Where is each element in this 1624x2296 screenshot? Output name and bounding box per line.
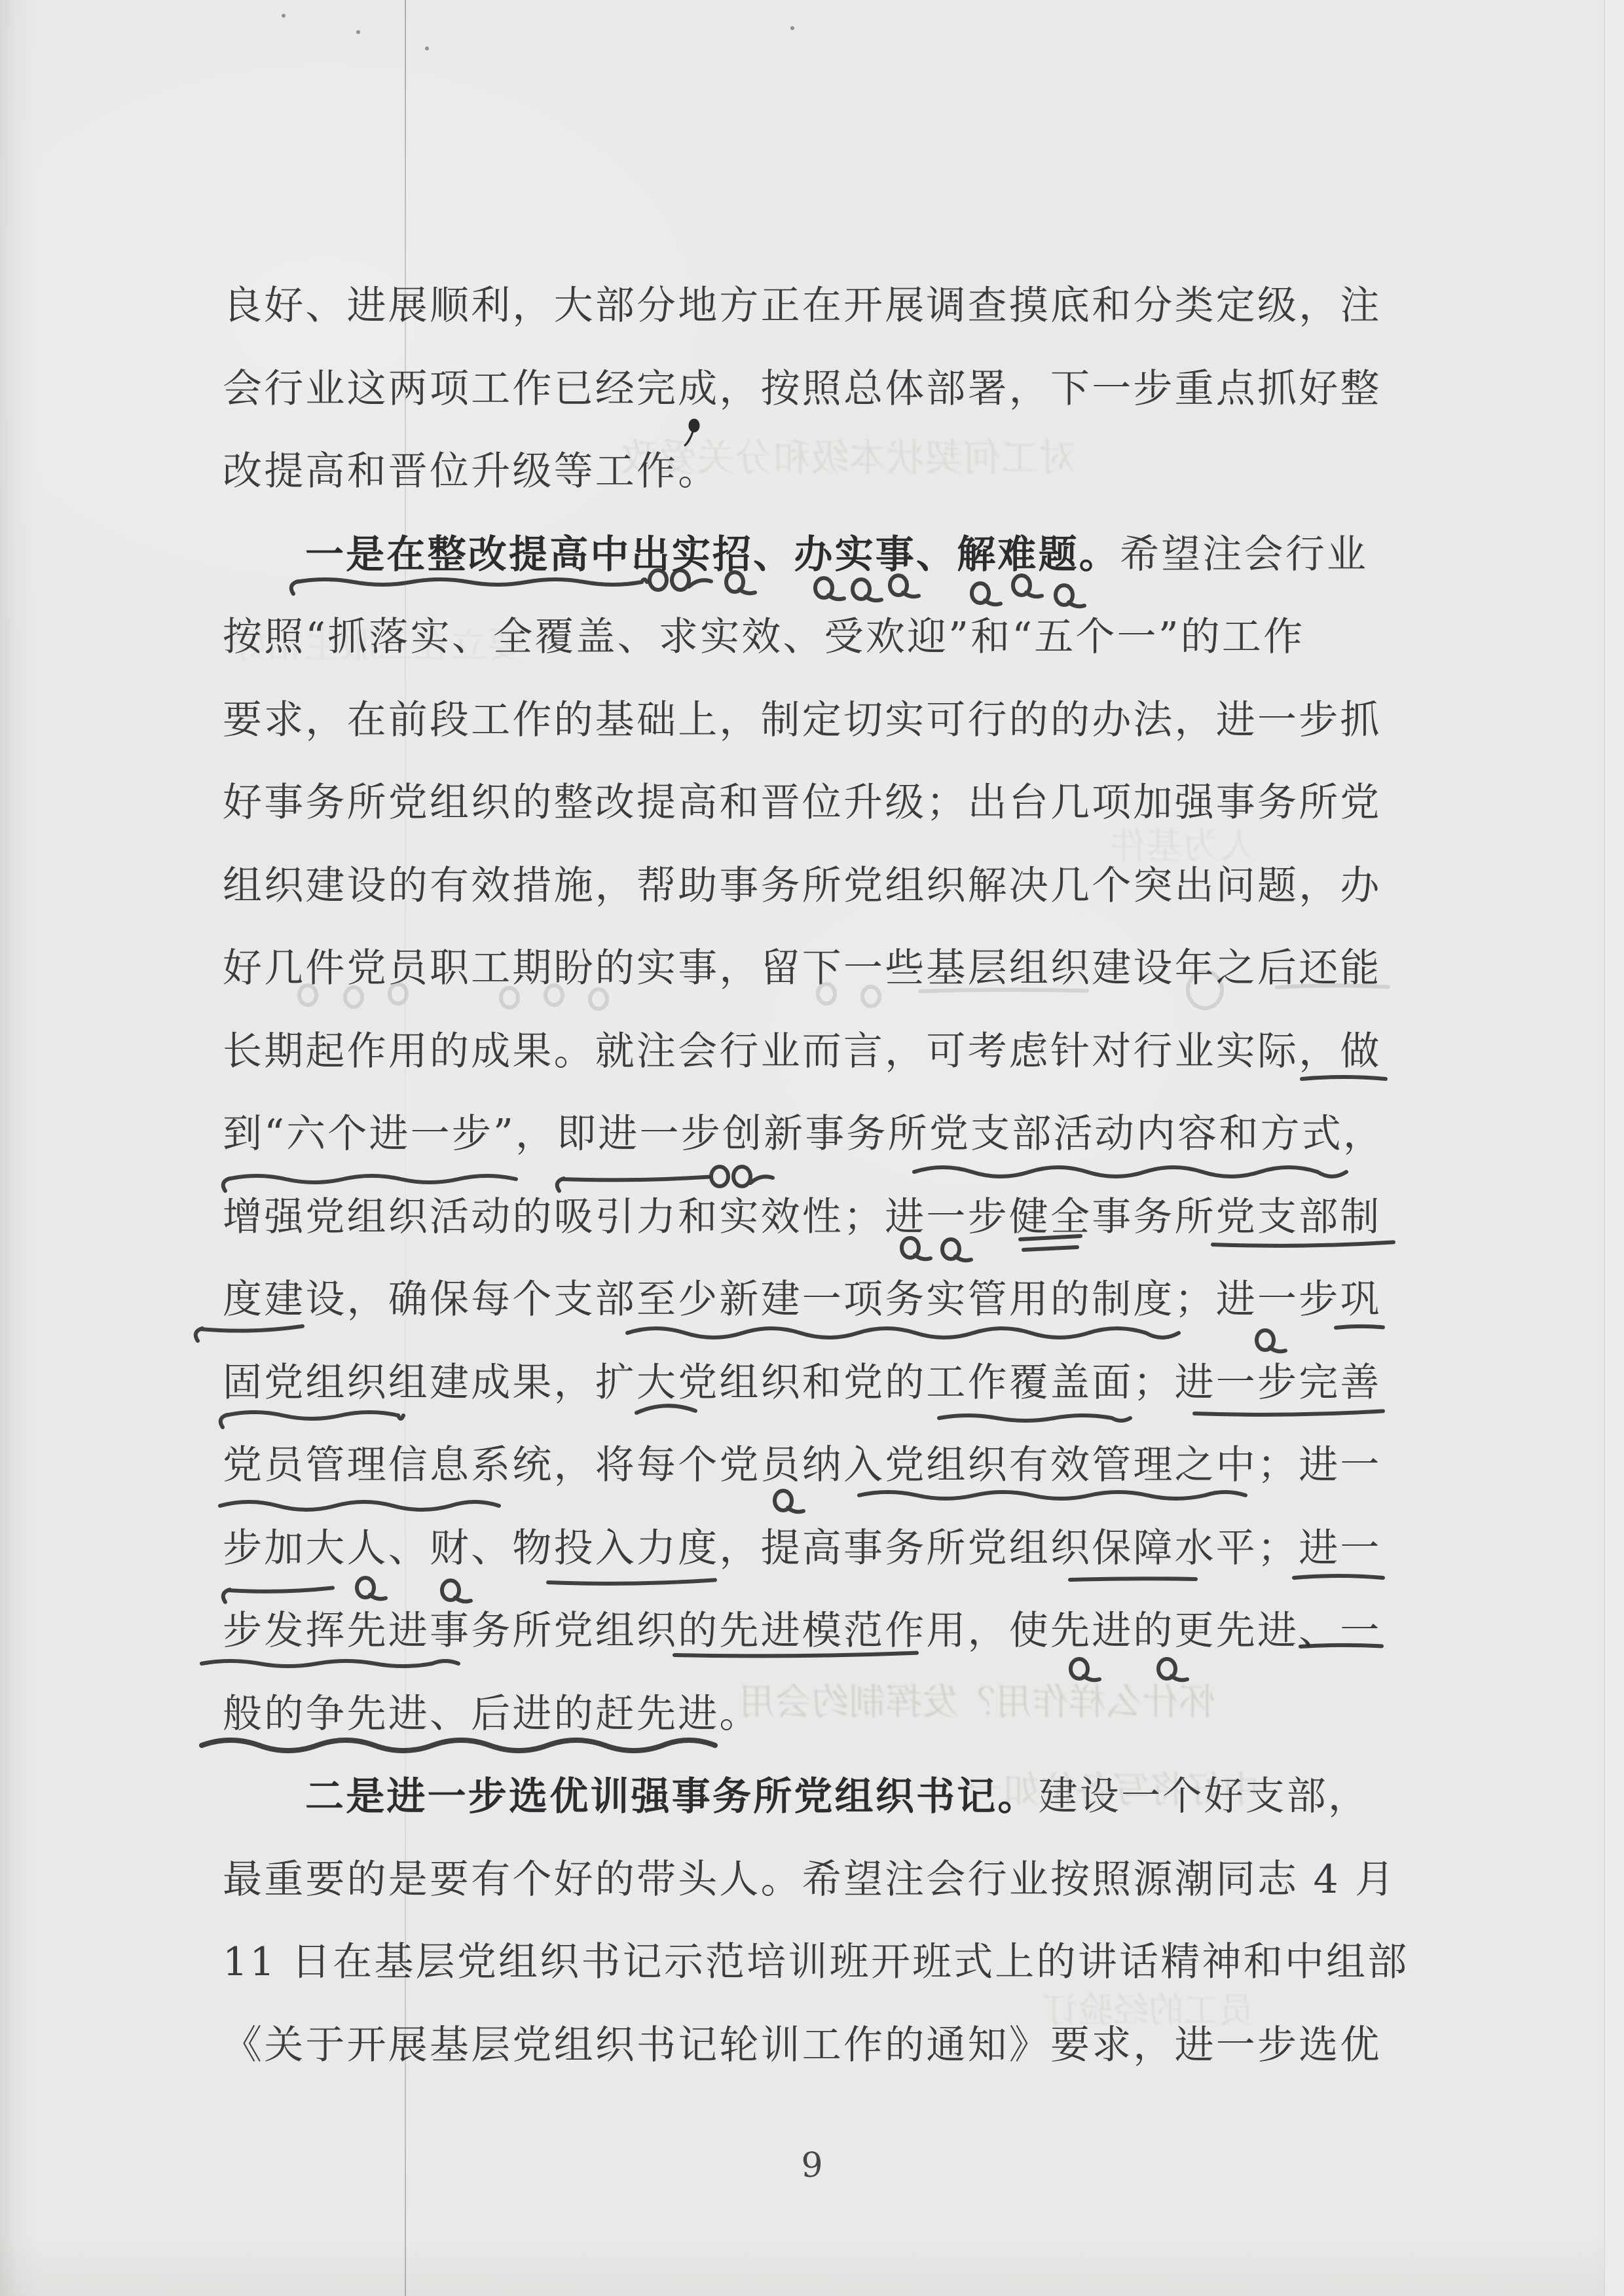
text-run: 长期起作用的成果。就注会行业而言，可考虑针对行业实际，做 [223,1029,1382,1074]
paper-speck [790,26,794,30]
text-line: 良好、进展顺利，大部分地方正在开展调查摸底和分类定级，注 [223,264,1382,347]
text-run: 好事务所党组织的整改提高和晋位升级；出台几项加强事务所党 [223,780,1382,826]
text-run: 到“六个进一步”，即进一步创新事务所党支部活动内容和方式， [223,1111,1384,1157]
text-run: 固党组织组建成果，扩大党组织和党的工作覆盖面；进一步完善 [223,1360,1382,1406]
paper-speck [356,30,360,34]
text-line: 按照“抓落实、全覆盖、求实效、受欢迎”和“五个一”的工作 [223,596,1304,678]
text-line: 组织建设的有效措施，帮助事务所党组织解决几个突出问题，办 [223,845,1382,927]
bold-heading-run: 一是在整改提高中出实招、办实事、解难题。 [305,532,1120,577]
text-line: 11 日在基层党组织书记示范培训班开班式上的讲话精神和中组部 [223,1921,1409,2003]
text-run: 好几件党员职工期盼的实事，留下一些基层组织建设年之后还能 [223,945,1382,991]
text-run: 党员管理信息系统，将每个党员纳入党组织有效管理之中；进一 [223,1442,1382,1488]
text-run: 步加大人、财、物投入力度，提高事务所党组织保障水平；进一 [223,1525,1382,1571]
text-line: 《关于开展基层党组织书记轮训工作的通知》要求，进一步选优 [223,2004,1382,2086]
paper-speck [425,46,429,50]
paper-speck [282,14,286,18]
text-line: 一是在整改提高中出实招、办实事、解难题。希望注会行业 [305,513,1368,596]
text-line: 改提高和晋位升级等工作。 [223,430,719,513]
text-run: 组织建设的有效措施，帮助事务所党组织解决几个突出问题，办 [223,863,1382,909]
paper-right-edge [1604,0,1624,2296]
text-line: 度建设，确保每个支部至少新建一项务实管用的制度；进一步巩 [223,1258,1382,1341]
text-line: 二是进一步选优训强事务所党组织书记。建设一个好支部， [305,1755,1369,1838]
bleedthrough-text: 怀什么样作用？发挥制约会用 [739,1673,1215,1726]
text-line: 要求，在前段工作的基础上，制定切实可行的的办法，进一步抓 [223,679,1382,761]
text-line: 好事务所党组织的整改提高和晋位升级；出台几项加强事务所党 [223,761,1382,844]
text-line: 到“六个进一步”，即进一步创新事务所党支部活动内容和方式， [223,1093,1384,1175]
text-run: 希望注会行业 [1120,532,1368,577]
text-line: 最重要的是要有个好的带头人。希望注会行业按照源潮同志 4 月 [223,1838,1396,1921]
text-line: 固党组织组建成果，扩大党组织和党的工作覆盖面；进一步完善 [223,1341,1382,1424]
scanned-document-page: 对工何契状本级和分关爱政要立在三服生相好人为基件怀什么样作用？发挥制约会用中好将… [0,0,1624,2296]
text-run: 11 日在基层党组织书记示范培训班开班式上的讲话精神和中组部 [223,1939,1409,1985]
text-line: 般的争先进、后进的赶先进。 [223,1673,761,1755]
text-run: 改提高和晋位升级等工作。 [223,448,719,494]
text-run: 良好、进展顺利，大部分地方正在开展调查摸底和分类定级，注 [223,283,1382,329]
text-line: 好几件党员职工期盼的实事，留下一些基层组织建设年之后还能 [223,927,1382,1010]
page-number: 9 [0,2146,1624,2185]
text-run: 要求，在前段工作的基础上，制定切实可行的的办法，进一步抓 [223,697,1382,743]
text-line: 会行业这两项工作已经完成，按照总体部署，下一步重点抓好整 [223,348,1382,430]
text-line: 步发挥先进事务所党组织的先进模范作用，使先进的更先进、一 [223,1590,1382,1672]
text-line: 增强党组织活动的吸引力和实效性；进一步健全事务所党支部制 [223,1176,1382,1258]
text-run: 会行业这两项工作已经完成，按照总体部署，下一步重点抓好整 [223,366,1382,412]
text-run: 建设一个好支部， [1039,1774,1370,1819]
text-run: 按照“抓落实、全覆盖、求实效、受欢迎”和“五个一”的工作 [223,614,1304,660]
text-run: 步发挥先进事务所党组织的先进模范作用，使先进的更先进、一 [223,1608,1382,1654]
text-run: 增强党组织活动的吸引力和实效性；进一步健全事务所党支部制 [223,1194,1382,1240]
text-line: 长期起作用的成果。就注会行业而言，可考虑针对行业实际，做 [223,1010,1382,1093]
text-run: 最重要的是要有个好的带头人。希望注会行业按照源潮同志 4 月 [223,1857,1396,1903]
text-run: 《关于开展基层党组织书记轮训工作的通知》要求，进一步选优 [223,2022,1382,2068]
text-run: 般的争先进、后进的赶先进。 [223,1691,761,1737]
text-run: 度建设，确保每个支部至少新建一项务实管用的制度；进一步巩 [223,1277,1382,1322]
bold-heading-run: 二是进一步选优训强事务所党组织书记。 [305,1774,1039,1819]
text-line: 党员管理信息系统，将每个党员纳入党组织有效管理之中；进一 [223,1424,1382,1506]
text-line: 步加大人、财、物投入力度，提高事务所党组织保障水平；进一 [223,1507,1382,1590]
